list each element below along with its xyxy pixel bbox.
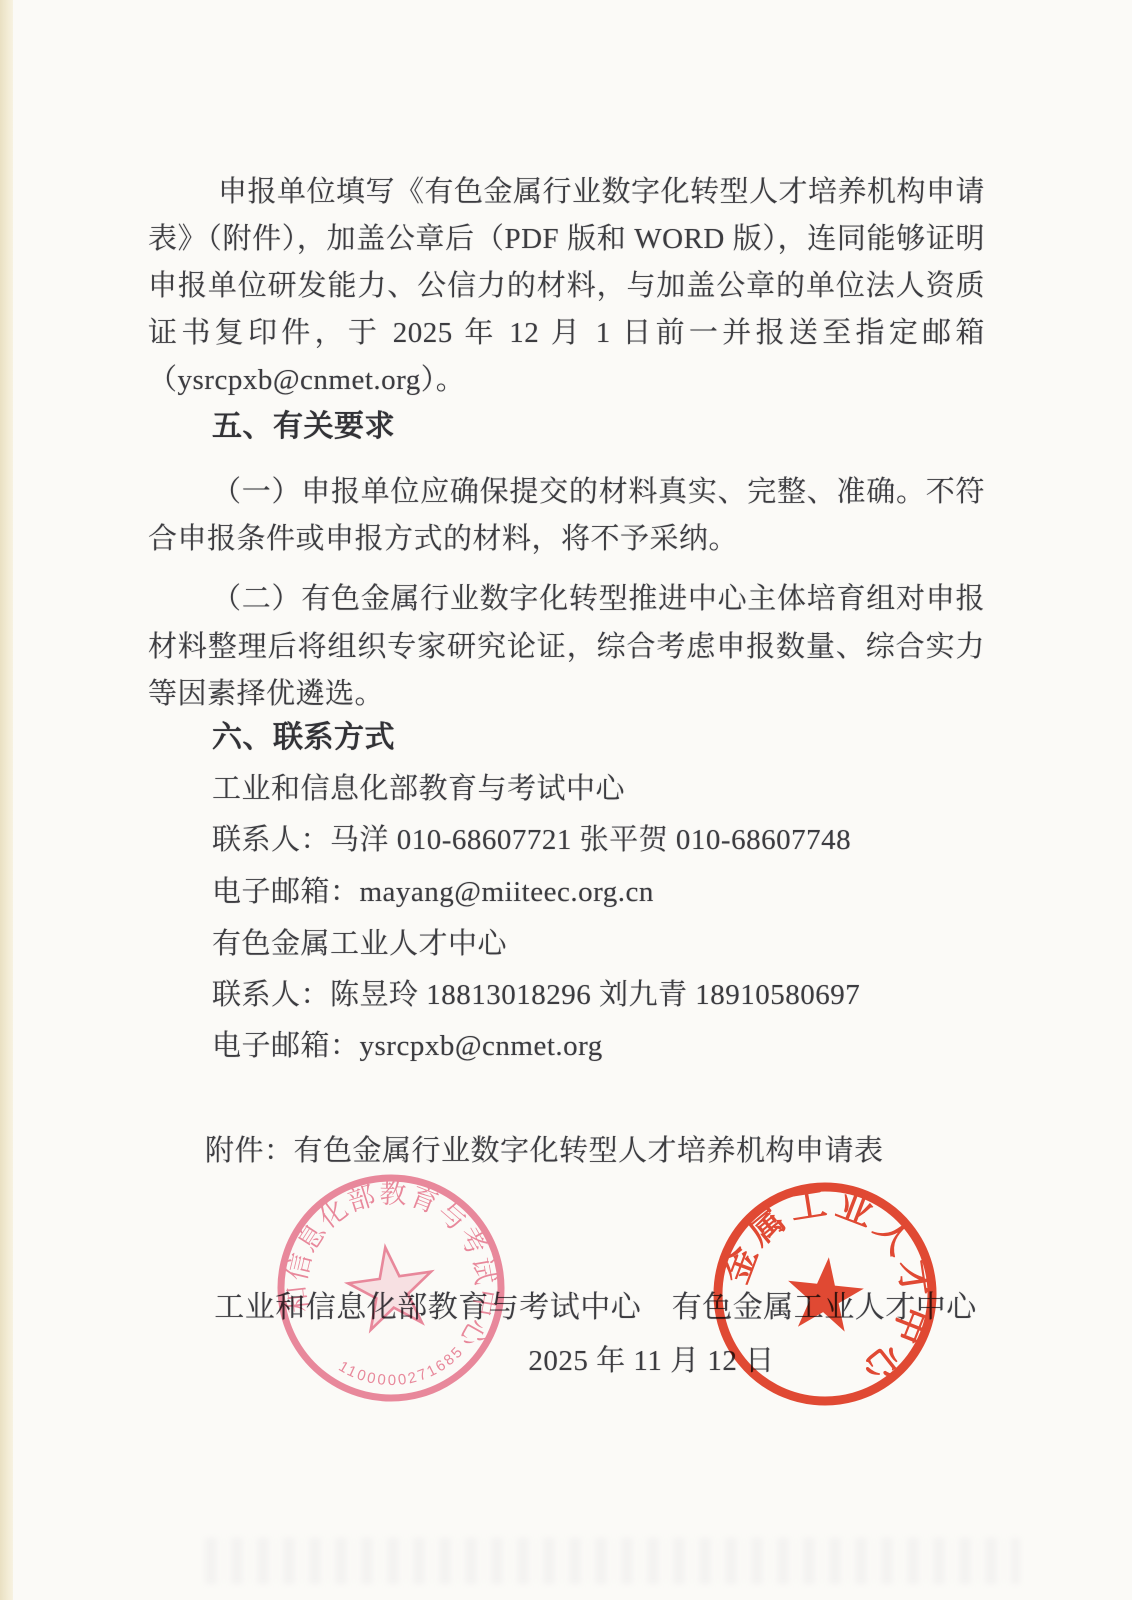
official-seal-nonferrous-talent-center: 有色金属工业人才中心 xyxy=(700,1169,950,1419)
body-line: （ysrcpxb@cnmet.org）。 xyxy=(148,357,985,404)
section-heading-5: 五、有关要求 xyxy=(148,403,985,450)
contact-line: 联系人：马洋 010-68607721 张平贺 010-68607748 xyxy=(148,817,985,864)
official-seal-miit-center: 工业和信息化部教育与考试中心 1100000271685 xyxy=(264,1161,518,1415)
contact-line: 有色金属工业人才中心 xyxy=(148,921,985,968)
body-line: 表》（附件），加盖公章后（PDF 版和 WORD 版），连同能够证明 xyxy=(148,216,985,263)
scan-edge-strip xyxy=(0,0,13,1600)
scan-bleed-through xyxy=(205,1538,1020,1584)
body-line: 合申报条件或申报方式的材料，将不予采纳。 xyxy=(148,516,985,563)
contact-line: 联系人：陈昱玲 18813018296 刘九青 18910580697 xyxy=(148,972,985,1019)
section-heading-6: 六、联系方式 xyxy=(148,714,985,761)
contact-line: 电子邮箱：mayang@miiteec.org.cn xyxy=(148,869,985,916)
body-line: 申报单位研发能力、公信力的材料，与加盖公章的单位法人资质 xyxy=(148,263,985,310)
scanned-document-page: 申报单位填写《有色金属行业数字化转型人才培养机构申请 表》（附件），加盖公章后（… xyxy=(0,0,1132,1600)
contact-line: 工业和信息化部教育与考试中心 xyxy=(148,766,985,813)
star-icon xyxy=(783,1253,866,1333)
body-line: 等因素择优遴选。 xyxy=(148,671,985,718)
contact-line: 电子邮箱：ysrcpxb@cnmet.org xyxy=(148,1023,985,1070)
body-line: （一）申报单位应确保提交的材料真实、完整、准确。不符 xyxy=(148,469,985,516)
body-line: 材料整理后将组织专家研究论证，综合考虑申报数量、综合实力 xyxy=(148,624,985,671)
body-line: （二）有色金属行业数字化转型推进中心主体培育组对申报 xyxy=(148,576,985,623)
star-icon xyxy=(344,1242,438,1332)
body-line: 证书复印件，于 2025 年 12 月 1 日前一并报送至指定邮箱 xyxy=(148,310,985,357)
body-line: 申报单位填写《有色金属行业数字化转型人才培养机构申请 xyxy=(148,169,985,216)
